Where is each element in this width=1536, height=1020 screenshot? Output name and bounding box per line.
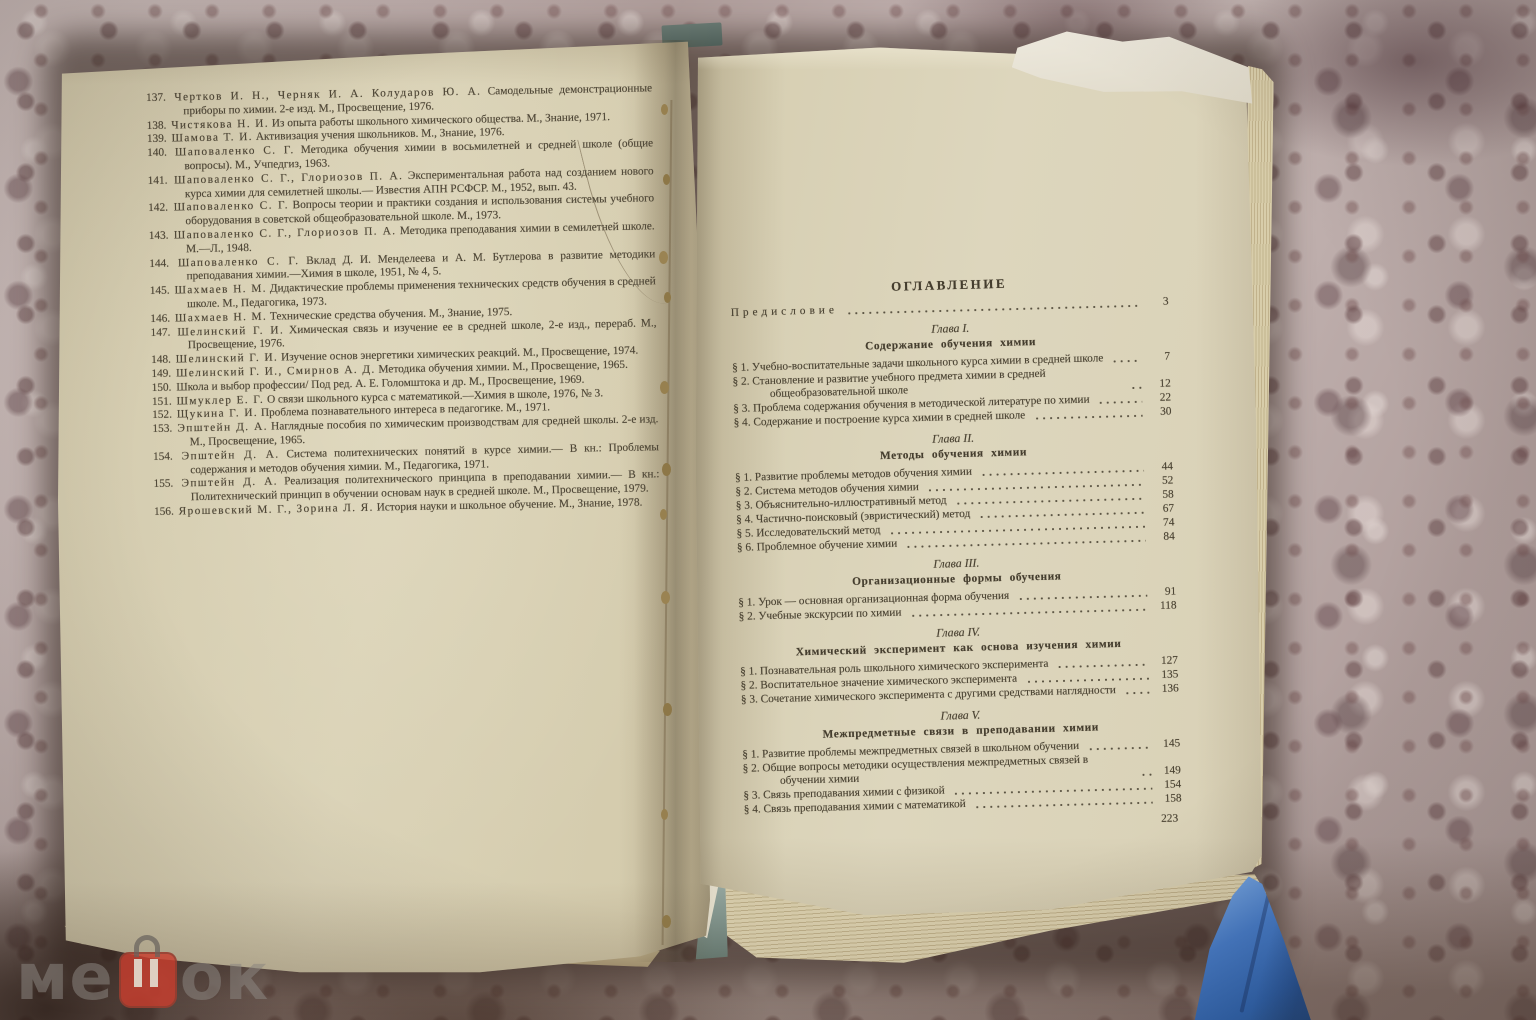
toc-line: Предисловие 3 (731, 296, 1169, 320)
bibliography-item-number: 153. (152, 423, 172, 435)
toc-line-text: Глава III. (933, 556, 979, 571)
bibliography-item-author: Шамова Т. И. (171, 131, 253, 145)
meshok-watermark: ме ок (16, 938, 269, 1010)
bibliography-item-author: Шаповаленко С. Г. (174, 200, 289, 214)
bibliography-item-author: Шаповаленко С. Г. (178, 255, 300, 269)
bibliography-item-number: 150. (152, 381, 172, 393)
shopping-bag-icon (119, 952, 177, 1008)
bibliography-item-author: Эпштейн Д. А. (177, 421, 268, 435)
bibliography-item-author: Щукина Г. И. (177, 407, 259, 421)
bibliography-item-number: 156. (154, 505, 174, 517)
toc-line-text: Глава I. (931, 321, 969, 336)
toc-line-text: Методы обучения химии (880, 446, 1027, 462)
toc-page-number: 118 (1152, 599, 1176, 613)
blue-object-ridge (1239, 885, 1272, 1013)
bibliography-item-author: Ярошевский М. Г., Зорина Л. Я. (179, 502, 374, 518)
bibliography-item-author: Шаповаленко С. Г. (175, 144, 295, 158)
toc-leader-dots (1033, 414, 1142, 420)
bibliography-item-number: 152. (152, 409, 172, 421)
bibliography-item-number: 139. (147, 133, 167, 145)
toc-line-text: Организационные формы обучения (852, 570, 1062, 587)
watermark-text-before: ме (16, 946, 114, 1010)
toc-page-number: 52 (1149, 474, 1173, 488)
toc-page-number: 91 (1152, 585, 1176, 599)
toc-page-number: 154 (1157, 778, 1181, 792)
toc-page-number: 136 (1155, 682, 1179, 696)
toc-page-number: 30 (1147, 405, 1171, 419)
bibliography-item-author: Чистякова Н. И. (171, 117, 269, 131)
toc-leader-dots (1124, 691, 1150, 695)
toc-leader-dots (846, 304, 1140, 315)
toc-page-number: 135 (1154, 668, 1178, 682)
bibliography-item-author: Эпштейн Д. А. (182, 448, 280, 462)
bibliography-item-number: 145. (150, 285, 170, 297)
toc-leader-dots (1017, 594, 1147, 600)
toc-page-number: 158 (1157, 792, 1181, 806)
toc-page-number: 145 (1156, 737, 1180, 751)
bibliography-item-number: 142. (148, 202, 168, 214)
toc-line-text: Глава IV. (936, 625, 980, 640)
bibliography-item-author: Шелинский Г. И. (176, 352, 279, 366)
toc-leader-dots (1111, 359, 1141, 363)
toc-leader-dots (1057, 663, 1150, 668)
toc-page-number: 127 (1154, 654, 1178, 668)
toc-page-number: 84 (1151, 530, 1175, 544)
toc-leader-dots (909, 608, 1147, 617)
bibliography-list: 137. Чертков И. Н., Черняк И. А. Колудар… (146, 82, 660, 519)
binding-stitch-knots (661, 104, 668, 115)
bibliography-item-author: Шахмаев Н. М. (174, 283, 267, 297)
bibliography-item-number: 151. (152, 395, 172, 407)
bibliography-item-number: 137. (146, 92, 166, 104)
toc-page-number: 149 (1157, 764, 1181, 778)
toc-line-text: Глава V. (940, 708, 980, 723)
toc-page-number: 67 (1150, 502, 1174, 516)
bibliography-item-number: 143. (149, 230, 169, 242)
bibliography-item-number: 154. (153, 450, 173, 462)
toc-leader-dots (1140, 773, 1152, 776)
toc-page-number: 7 (1146, 351, 1170, 365)
bibliography-item-author: Эпштейн Д. А. (181, 476, 278, 490)
toc-page-number: 22 (1147, 391, 1171, 405)
bibliography-item-number: 141. (148, 174, 168, 186)
watermark-text-after: ок (180, 946, 269, 1010)
bibliography-item-number: 148. (151, 354, 171, 366)
bibliography-item-number: 149. (151, 368, 171, 380)
photo-of-open-book: 137. Чертков И. Н., Черняк И. А. Колудар… (0, 0, 1536, 1020)
toc-page-number: 44 (1149, 460, 1173, 474)
bibliography-item-number: 155. (153, 478, 173, 490)
bag-slits (134, 959, 142, 987)
toc-page-number: 12 (1147, 377, 1171, 391)
toc-line-text: Содержание обучения химии (865, 336, 1036, 352)
toc-leader-dots (1098, 400, 1143, 404)
toc-page-number: 74 (1150, 516, 1174, 530)
bibliography-item-author: Шмуклер Е. Г. (176, 393, 264, 407)
bibliography-item-author: Шахмаев Н. М. (175, 310, 267, 324)
toc-leader-dots (1130, 386, 1142, 389)
bibliography-item-number: 138. (147, 119, 167, 131)
bibliography-item-number: 147. (151, 326, 171, 338)
toc-leader-dots (1025, 677, 1149, 683)
toc-line-text: Глава II. (932, 431, 974, 446)
toc-leader-dots (974, 801, 1153, 809)
bibliography-item-number: 146. (150, 312, 170, 324)
bag-handle-icon (134, 935, 160, 957)
toc-page-number: 3 (1144, 296, 1168, 310)
table-of-contents: ОГЛАВЛЕНИЕ Предисловие 3 Глава I. Содерж… (730, 273, 1182, 837)
toc-line-text: Предисловие (731, 304, 838, 320)
bibliography-item-author: Шелинский Г. И. (177, 324, 284, 338)
bibliography-item-number: 144. (149, 257, 169, 269)
toc-line-text: § 6. Проблемное обучение химии (737, 538, 898, 555)
toc-leader-dots (905, 539, 1146, 548)
toc-page-number: 58 (1150, 488, 1174, 502)
toc-lines: Предисловие 3 Глава I. Содержание обучен… (731, 296, 1182, 817)
bibliography-item-number: 140. (147, 147, 167, 159)
toc-leader-dots (1087, 746, 1151, 751)
